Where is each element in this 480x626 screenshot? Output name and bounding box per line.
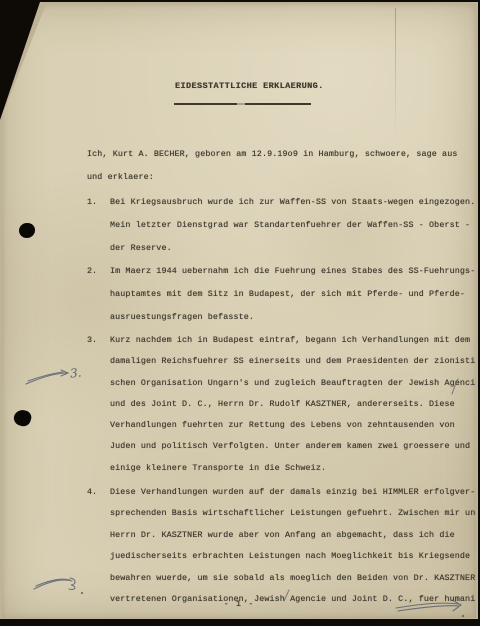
item-number: 4.	[87, 482, 97, 504]
affidavit-item-1: 1. Bei Kriegsausbruch wurde ich zur Waff…	[87, 191, 480, 260]
item-number: 3.	[87, 330, 97, 352]
item-text: Im Maerz 1944 uebernahm ich die Fuehrung…	[110, 260, 480, 329]
item-number: 2.	[87, 260, 97, 283]
affidavit-item-2: 2. Im Maerz 1944 uebernahm ich die Fuehr…	[87, 260, 480, 329]
document-title: EIDESSTATTLICHE ERKLAERUNG.	[175, 81, 324, 91]
margin-annotation-3: 3.	[69, 365, 82, 380]
item-text: Diese Verhandlungen wurden auf der damal…	[110, 482, 480, 610]
document-scan: EIDESSTATTLICHE ERKLAERUNG. Ich, Kurt A.…	[0, 0, 480, 626]
paper-fold-line	[395, 8, 396, 138]
title-underline	[174, 103, 311, 105]
paper-page: EIDESSTATTLICHE ERKLAERUNG. Ich, Kurt A.…	[2, 4, 476, 618]
item-number: 1.	[87, 191, 97, 214]
item-text: Kurz nachdem ich in Budapest eintraf, be…	[110, 330, 480, 479]
affidavit-item-4: 4. Diese Verhandlungen wurden auf der da…	[87, 482, 480, 610]
affidavit-item-3: 3. Kurz nachdem ich in Budapest eintraf,…	[87, 330, 480, 479]
page-number: - 1 -	[2, 599, 476, 609]
intro-paragraph: Ich, Kurt A. BECHER, geboren am 12.9.19o…	[87, 143, 458, 189]
item-text: Bei Kriegsausbruch wurde ich zur Waffen-…	[110, 191, 480, 260]
